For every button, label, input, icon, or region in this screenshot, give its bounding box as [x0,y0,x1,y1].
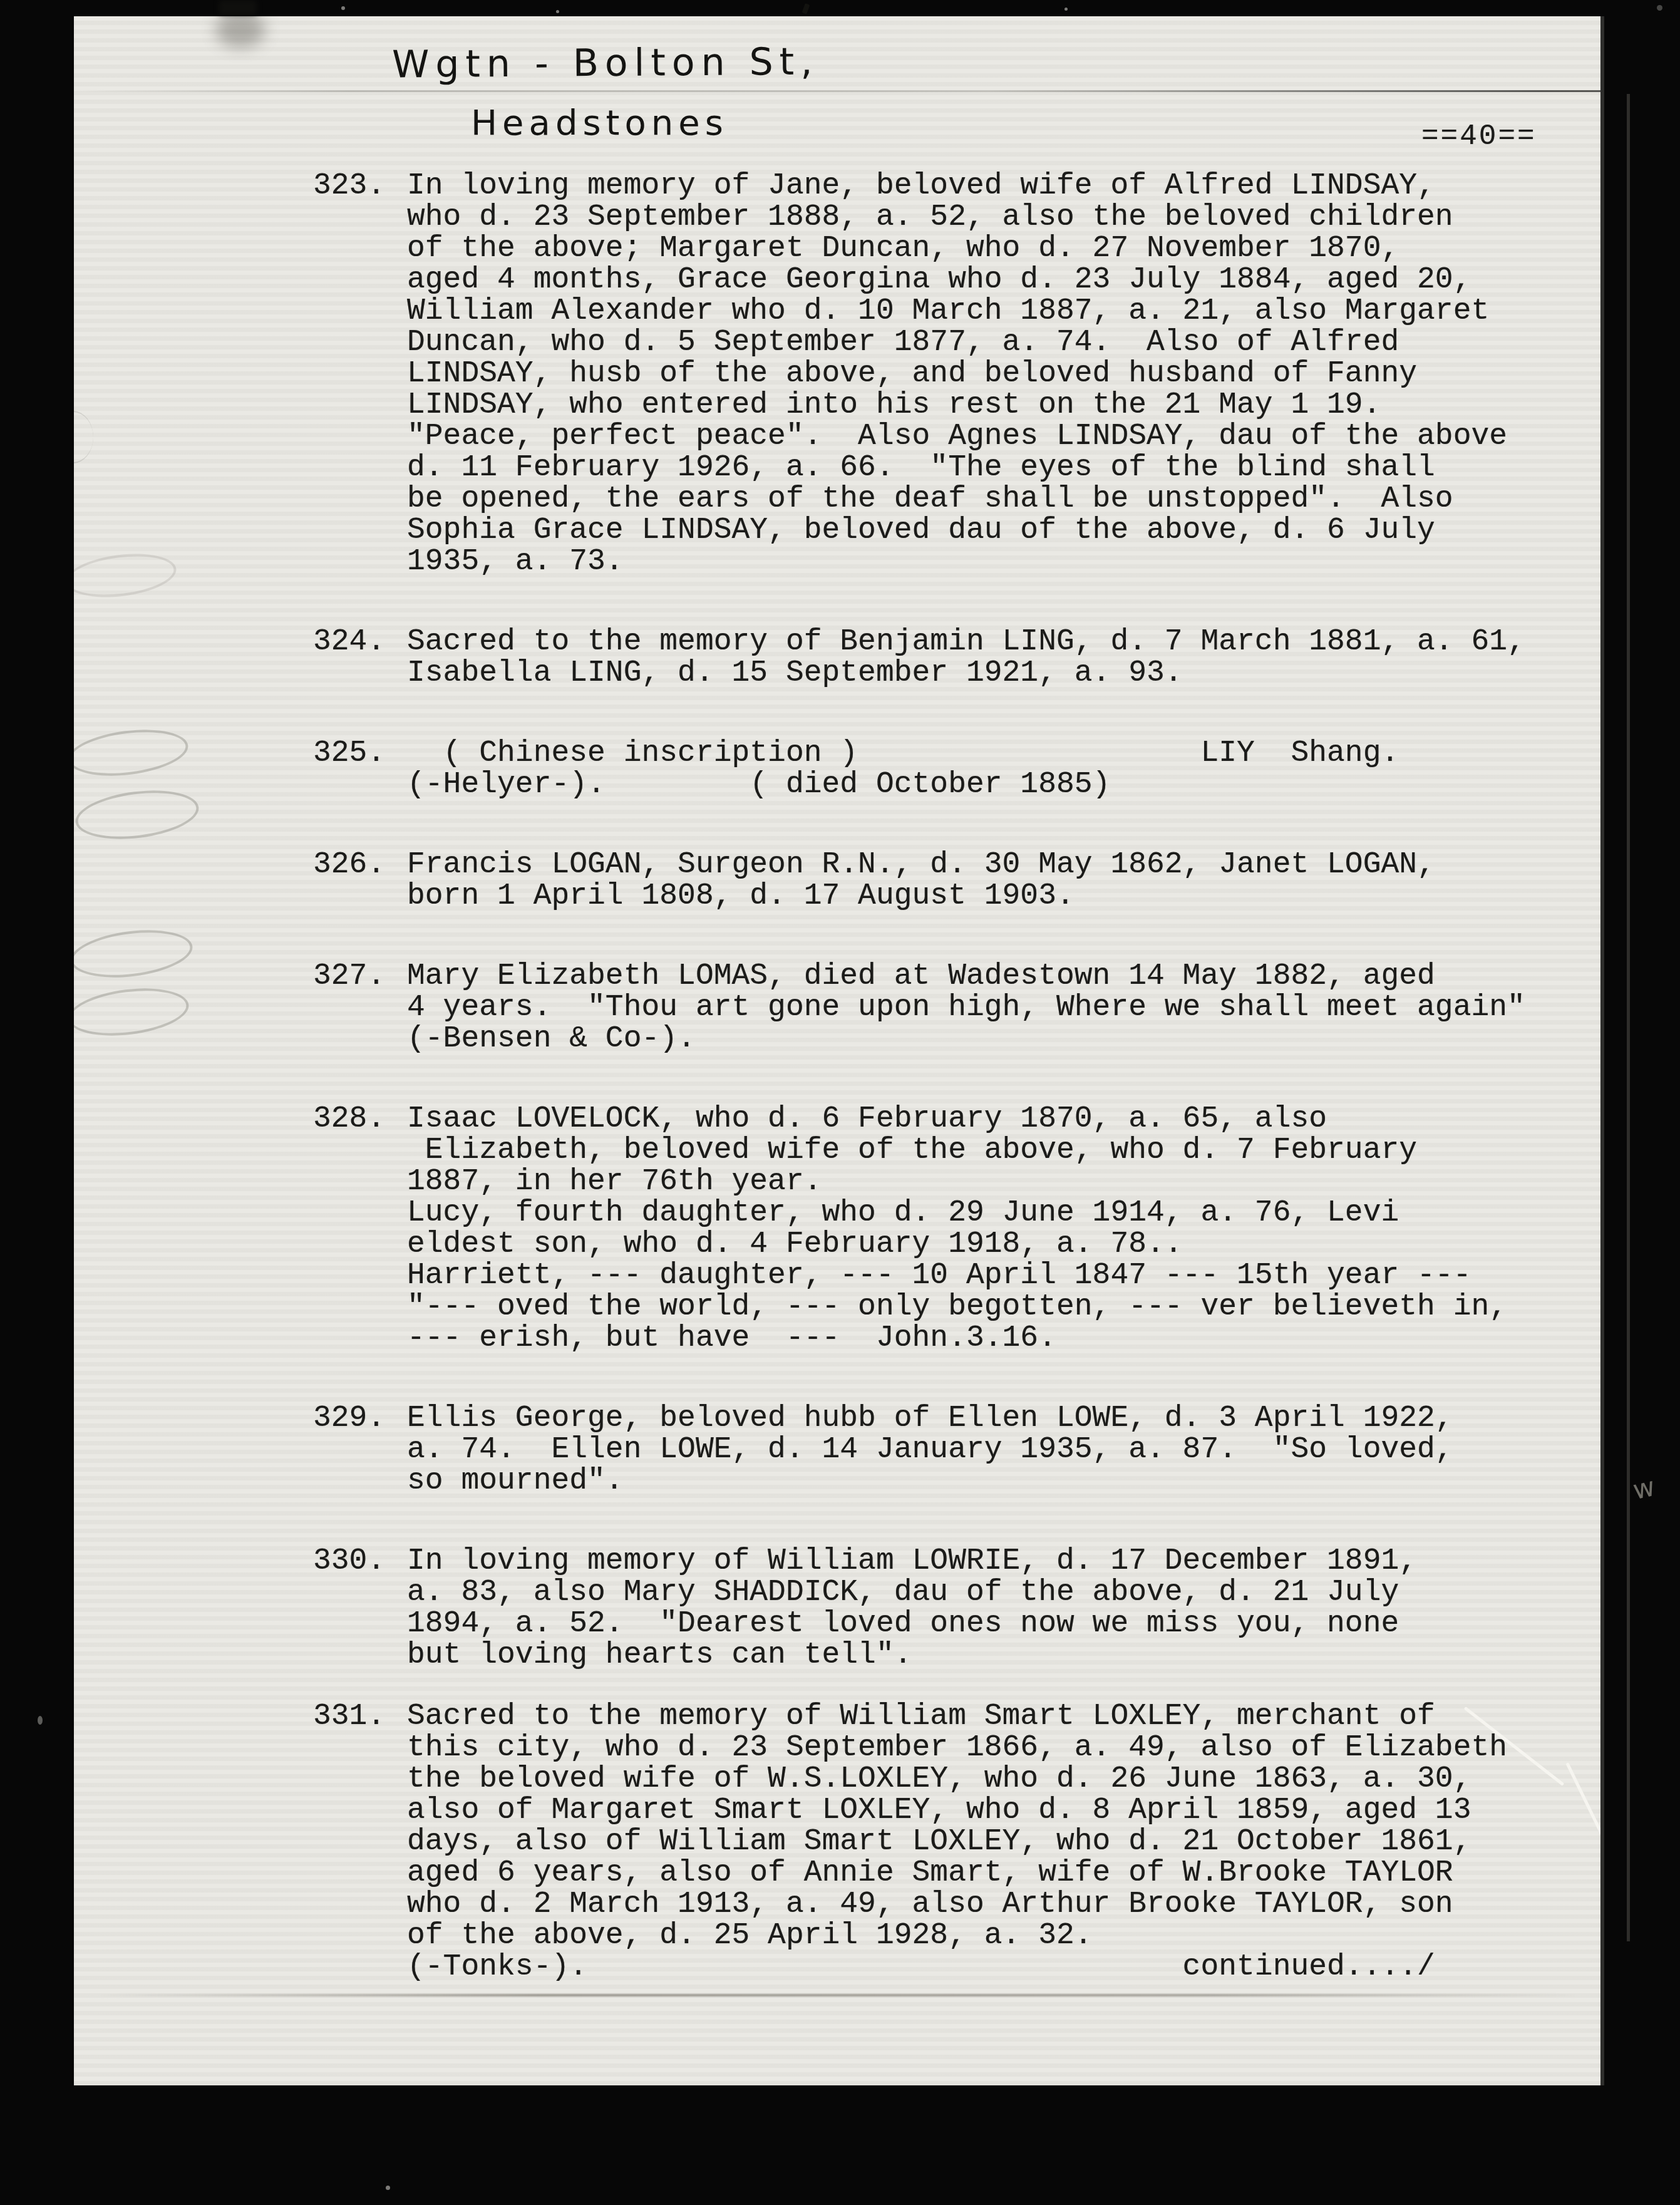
entry-text: Sacred to the memory of Benjamin LING, d… [407,626,1603,689]
entry-text: In loving memory of Jane, beloved wife o… [407,170,1603,577]
entry-number: 329. [313,1403,385,1434]
scan-speck [38,1716,43,1725]
scan-speck [219,0,257,15]
entry-number: 331. [313,1701,385,1732]
scan-speck [1064,8,1068,11]
entry-number: 327. [313,961,385,992]
scan-speck [386,2186,390,2190]
entries-list: 323.In loving memory of Jane, beloved wi… [313,170,1603,2032]
page-subtitle: Headstones [471,103,728,143]
entry-324: 324.Sacred to the memory of Benjamin LIN… [313,626,1603,689]
scan-speck [341,6,345,10]
entry-325: 325. ( Chinese inscription ) LIY Shang. … [313,738,1603,800]
sheet-edge-line [99,1994,1577,1996]
hole-punch-mark [74,784,202,845]
page-edge-highlight [1627,94,1630,1941]
entry-text: In loving memory of William LOWRIE, d. 1… [407,1546,1603,1671]
hole-punch-mark [74,924,195,983]
margin-scribble-mark: w [1630,1471,1657,1505]
hole-punch-mark [74,411,93,463]
scanned-document: { "colors": { "paper": "#e9e8e3", "ink":… [0,0,1680,2205]
entry-number: 325. [313,738,385,769]
entry-330: 330.In loving memory of William LOWRIE, … [313,1546,1603,1671]
entry-text: Francis LOGAN, Surgeon R.N., d. 30 May 1… [407,849,1603,912]
entry-number: 323. [313,170,385,202]
document-page: Wgtn - Bolton St, Headstones ==40== 323.… [74,16,1604,2085]
page-number: ==40== [1421,120,1537,153]
entry-327: 327.Mary Elizabeth LOMAS, died at Wadest… [313,961,1603,1055]
entry-326: 326.Francis LOGAN, Surgeon R.N., d. 30 M… [313,849,1603,912]
hole-punch-mark [74,548,178,602]
entry-text: Sacred to the memory of William Smart LO… [407,1701,1603,1983]
entry-331: 331.Sacred to the memory of William Smar… [313,1701,1603,1983]
hole-punch-mark [74,982,192,1041]
entry-329: 329.Ellis George, beloved hubb of Ellen … [313,1403,1603,1497]
hole-punch-mark [74,724,191,782]
entry-number: 324. [313,626,385,658]
entry-text: Ellis George, beloved hubb of Ellen LOWE… [407,1403,1603,1497]
entry-text: ( Chinese inscription ) LIY Shang. (-Hel… [407,738,1603,800]
scan-smudge [215,16,265,48]
scan-speck [1657,5,1662,11]
entry-text: Mary Elizabeth LOMAS, died at Wadestown … [407,961,1603,1055]
page-title: Wgtn - Bolton St, [392,40,819,87]
entry-number: 328. [313,1103,385,1135]
entry-323: 323.In loving memory of Jane, beloved wi… [313,170,1603,577]
entry-number: 330. [313,1546,385,1577]
sheet-edge-line [74,90,1600,92]
entry-328: 328.Isaac LOVELOCK, who d. 6 February 18… [313,1103,1603,1354]
entry-text: Isaac LOVELOCK, who d. 6 February 1870, … [407,1103,1603,1354]
scan-speck [556,10,559,13]
scan-speck [802,3,810,14]
entry-number: 326. [313,849,385,880]
